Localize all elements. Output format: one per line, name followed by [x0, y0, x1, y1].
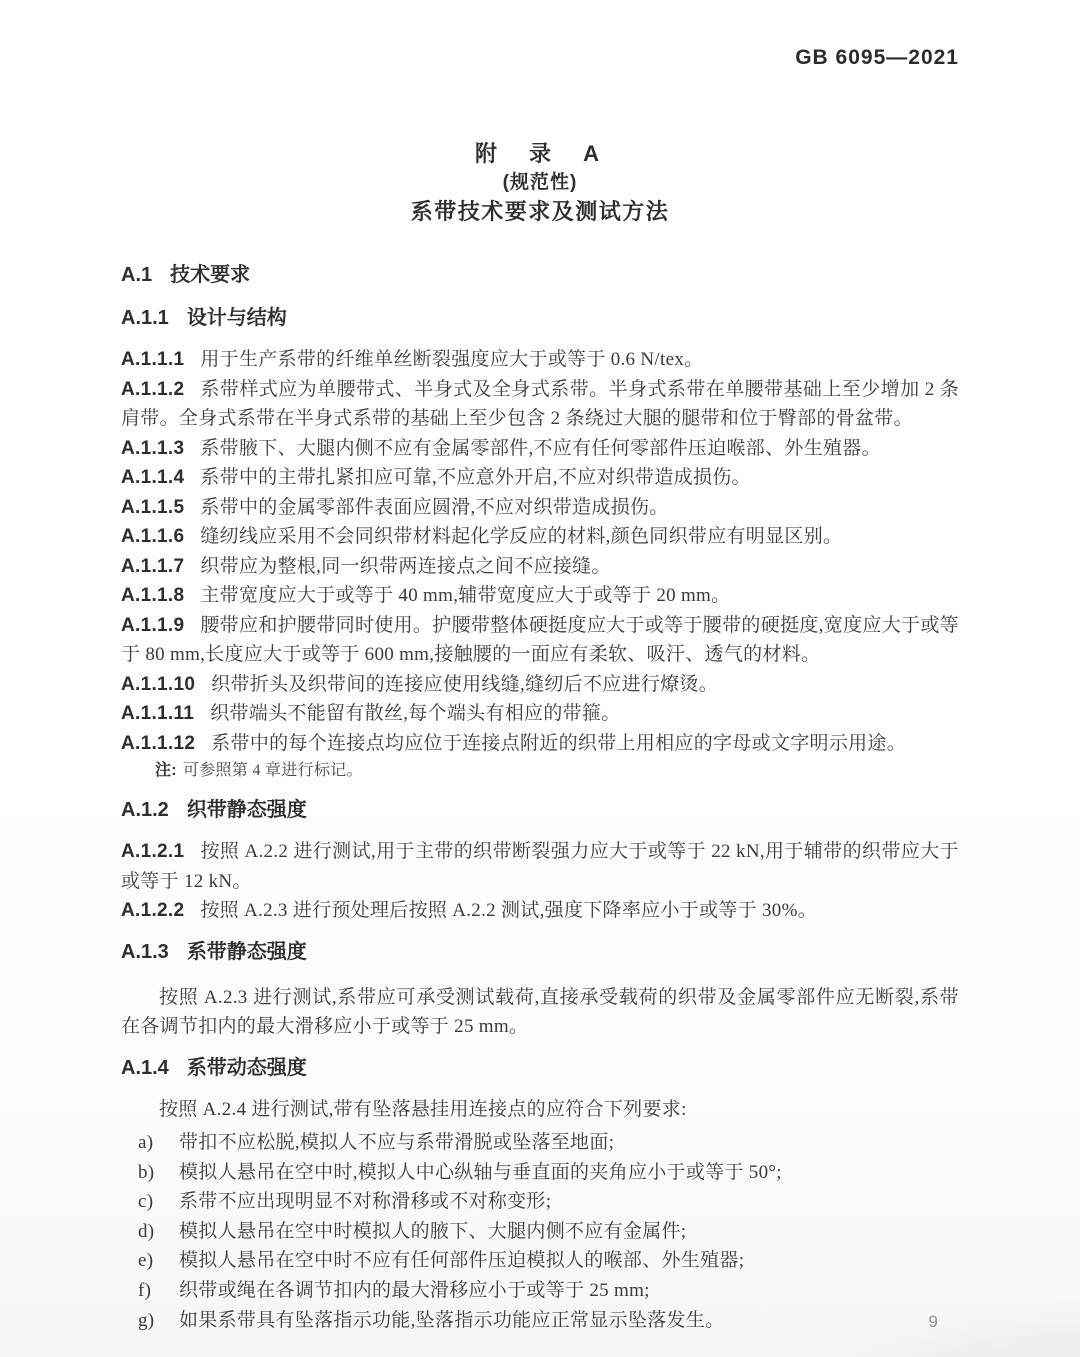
clause-text: 织带应为整根,同一织带两连接点之间不应接缝。 — [200, 556, 610, 577]
clause-a1-1-7: A.1.1.7织带应为整根,同一织带两连接点之间不应接缝。 — [121, 552, 959, 582]
section-label: 设计与结构 — [187, 307, 287, 329]
clause-number: A.1.1.6 — [121, 526, 184, 547]
list-item-a: a)带扣不应松脱,模拟人不应与系带滑脱或坠落至地面; — [121, 1128, 959, 1158]
list-item-text: 织带或绳在各调节扣内的最大滑移应小于或等于 25 mm; — [179, 1276, 959, 1306]
section-heading-a13: A.1.3系带静态强度 — [121, 938, 959, 966]
section-label: 织带静态强度 — [187, 799, 307, 821]
list-item-text: 模拟人悬吊在空中时,模拟人中心纵轴与垂直面的夹角应小于或等于 50°; — [179, 1158, 959, 1188]
page-number: 9 — [929, 1312, 938, 1332]
list-item-label: e) — [138, 1246, 179, 1276]
section-label: 系带动态强度 — [187, 1057, 307, 1079]
section-label: 技术要求 — [170, 264, 250, 286]
list-item-f: f)织带或绳在各调节扣内的最大滑移应小于或等于 25 mm; — [121, 1276, 959, 1306]
paragraph-a14: 按照 A.2.4 进行测试,带有坠落悬挂用连接点的应符合下列要求: — [121, 1095, 959, 1125]
list-item-text: 模拟人悬吊在空中时不应有任何部件压迫模拟人的喉部、外生殖器; — [179, 1246, 959, 1276]
clause-text: 织带折头及织带间的连接应使用线缝,缝纫后不应进行燎烫。 — [211, 674, 718, 695]
appendix-normative-tag: (规范性) — [121, 169, 959, 197]
clause-a1-1-11: A.1.1.11织带端头不能留有散丝,每个端头有相应的带箍。 — [121, 699, 959, 729]
section-label: 系带静态强度 — [187, 941, 307, 963]
clause-a1-1-3: A.1.1.3系带腋下、大腿内侧不应有金属零部件,不应有任何零部件压迫喉部、外生… — [121, 434, 959, 464]
list-item-c: c)系带不应出现明显不对称滑移或不对称变形; — [121, 1187, 959, 1217]
clause-number: A.1.1.7 — [121, 556, 184, 577]
list-item-e: e)模拟人悬吊在空中时不应有任何部件压迫模拟人的喉部、外生殖器; — [121, 1246, 959, 1276]
clause-number: A.1.2.1 — [121, 841, 184, 862]
requirement-list: a)带扣不应松脱,模拟人不应与系带滑脱或坠落至地面; b)模拟人悬吊在空中时,模… — [121, 1128, 959, 1335]
clause-number: A.1.1.11 — [121, 703, 194, 724]
appendix-subtitle: 系带技术要求及测试方法 — [121, 197, 959, 227]
clause-number: A.1.2.2 — [121, 900, 184, 921]
list-item-text: 带扣不应松脱,模拟人不应与系带滑脱或坠落至地面; — [179, 1128, 959, 1158]
clause-number: A.1.1.3 — [121, 438, 184, 459]
list-item-label: d) — [138, 1217, 179, 1247]
clause-number: A.1.1.8 — [121, 585, 184, 606]
clause-text: 按照 A.2.2 进行测试,用于主带的织带断裂强力应大于或等于 22 kN,用于… — [121, 841, 959, 892]
list-item-b: b)模拟人悬吊在空中时,模拟人中心纵轴与垂直面的夹角应小于或等于 50°; — [121, 1158, 959, 1188]
clause-number: A.1.1.1 — [121, 349, 184, 370]
clause-number: A.1.1.12 — [121, 733, 195, 754]
clause-text: 系带中的主带扎紧扣应可靠,不应意外开启,不应对织带造成损伤。 — [200, 467, 751, 488]
clause-text: 织带端头不能留有散丝,每个端头有相应的带箍。 — [210, 703, 620, 724]
clause-a1-1-10: A.1.1.10织带折头及织带间的连接应使用线缝,缝纫后不应进行燎烫。 — [121, 670, 959, 700]
list-item-label: b) — [138, 1158, 179, 1188]
list-item-label: f) — [138, 1276, 179, 1306]
note-text: 可参照第 4 章进行标记。 — [183, 762, 363, 779]
clause-number: A.1.1.5 — [121, 497, 184, 518]
clause-a1-1-12: A.1.1.12系带中的每个连接点均应位于连接点附近的织带上用相应的字母或文字明… — [121, 729, 959, 759]
clause-text: 按照 A.2.3 进行预处理后按照 A.2.2 测试,强度下降率应小于或等于 3… — [200, 900, 817, 921]
clause-a1-2-1: A.1.2.1按照 A.2.2 进行测试,用于主带的织带断裂强力应大于或等于 2… — [121, 837, 959, 896]
clause-a1-1-5: A.1.1.5系带中的金属零部件表面应圆滑,不应对织带造成损伤。 — [121, 493, 959, 523]
clause-number: A.1.1.9 — [121, 615, 184, 636]
list-item-text: 如果系带具有坠落指示功能,坠落指示功能应正常显示坠落发生。 — [179, 1306, 959, 1336]
standard-number: GB 6095—2021 — [121, 45, 959, 71]
clause-a1-2-2: A.1.2.2按照 A.2.3 进行预处理后按照 A.2.2 测试,强度下降率应… — [121, 896, 959, 926]
clause-text: 用于生产系带的纤维单丝断裂强度应大于或等于 0.6 N/tex。 — [200, 349, 703, 370]
section-heading-a12: A.1.2织带静态强度 — [121, 796, 959, 824]
clause-text: 系带中的金属零部件表面应圆滑,不应对织带造成损伤。 — [200, 497, 668, 518]
clause-note: 注:可参照第 4 章进行标记。 — [121, 758, 959, 784]
appendix-heading: 附 录 A — [121, 139, 959, 169]
list-item-text: 模拟人悬吊在空中时模拟人的腋下、大腿内侧不应有金属件; — [179, 1217, 959, 1247]
list-item-g: g)如果系带具有坠落指示功能,坠落指示功能应正常显示坠落发生。 — [121, 1306, 959, 1336]
clause-number: A.1.1.10 — [121, 674, 195, 695]
clause-number: A.1.1.4 — [121, 467, 184, 488]
list-item-label: c) — [138, 1187, 179, 1217]
section-number: A.1 — [121, 264, 152, 286]
clause-text: 系带腋下、大腿内侧不应有金属零部件,不应有任何零部件压迫喉部、外生殖器。 — [200, 438, 881, 459]
section-number: A.1.4 — [121, 1057, 169, 1079]
section-heading-a1: A.1技术要求 — [121, 261, 959, 289]
document-page: GB 6095—2021 附 录 A (规范性) 系带技术要求及测试方法 A.1… — [0, 0, 1080, 1357]
list-item-text: 系带不应出现明显不对称滑移或不对称变形; — [179, 1187, 959, 1217]
list-item-label: a) — [138, 1128, 179, 1158]
clause-a1-1-8: A.1.1.8主带宽度应大于或等于 40 mm,辅带宽度应大于或等于 20 mm… — [121, 581, 959, 611]
clause-a1-1-4: A.1.1.4系带中的主带扎紧扣应可靠,不应意外开启,不应对织带造成损伤。 — [121, 463, 959, 493]
list-item-label: g) — [138, 1306, 179, 1336]
appendix-title-block: 附 录 A (规范性) 系带技术要求及测试方法 — [121, 139, 959, 227]
paragraph-a13: 按照 A.2.3 进行测试,系带应可承受测试载荷,直接承受载荷的织带及金属零部件… — [121, 983, 959, 1042]
section-number: A.1.3 — [121, 941, 169, 963]
note-label: 注: — [155, 762, 177, 779]
clause-text: 缝纫线应采用不会同织带材料起化学反应的材料,颜色同织带应有明显区别。 — [200, 526, 842, 547]
section-number: A.1.1 — [121, 307, 169, 329]
clause-text: 主带宽度应大于或等于 40 mm,辅带宽度应大于或等于 20 mm。 — [200, 585, 730, 606]
clause-a1-1-9: A.1.1.9腰带应和护腰带同时使用。护腰带整体硬挺度应大于或等于腰带的硬挺度,… — [121, 611, 959, 670]
section-number: A.1.2 — [121, 799, 169, 821]
list-item-d: d)模拟人悬吊在空中时模拟人的腋下、大腿内侧不应有金属件; — [121, 1217, 959, 1247]
section-heading-a11: A.1.1设计与结构 — [121, 304, 959, 332]
clause-text: 系带样式应为单腰带式、半身式及全身式系带。半身式系带在单腰带基础上至少增加 2 … — [121, 379, 959, 430]
clause-a1-1-6: A.1.1.6缝纫线应采用不会同织带材料起化学反应的材料,颜色同织带应有明显区别… — [121, 522, 959, 552]
clause-text: 腰带应和护腰带同时使用。护腰带整体硬挺度应大于或等于腰带的硬挺度,宽度应大于或等… — [121, 615, 959, 666]
section-heading-a14: A.1.4系带动态强度 — [121, 1054, 959, 1082]
clause-a1-1-2: A.1.1.2系带样式应为单腰带式、半身式及全身式系带。半身式系带在单腰带基础上… — [121, 375, 959, 434]
clause-a1-1-1: A.1.1.1用于生产系带的纤维单丝断裂强度应大于或等于 0.6 N/tex。 — [121, 345, 959, 375]
clause-text: 系带中的每个连接点均应位于连接点附近的织带上用相应的字母或文字明示用途。 — [211, 733, 906, 754]
clause-number: A.1.1.2 — [121, 379, 184, 400]
